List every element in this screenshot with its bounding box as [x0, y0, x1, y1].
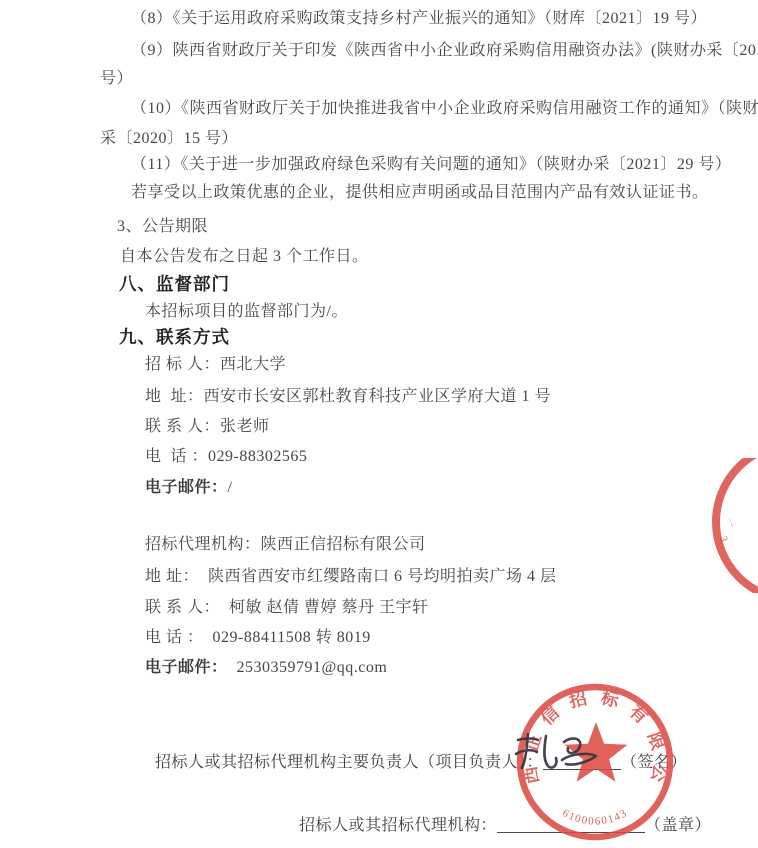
partial-seal-mark1: 3 — [717, 535, 730, 543]
agency-phone-row: 电 话 ：029-88411508 转 8019 — [145, 627, 371, 649]
tenderer-email-label: 电子邮件： — [145, 479, 228, 496]
partial-seal-mark2: 一 — [723, 517, 737, 530]
tenderer-name-value: 西北大学 — [220, 356, 286, 373]
supervision-heading: 八、监督部门 — [119, 271, 230, 296]
tenderer-address-value: 西安市长安区郭杜教育科技产业区学府大道 1 号 — [204, 388, 552, 405]
agency-address-label: 地 址： — [145, 568, 199, 585]
policy-item-9-line1: （9）陕西省财政厅关于印发《陕西省中小企业政府采购信用融资办法》(陕财办采〔20… — [131, 40, 758, 62]
agency-name-row: 招标代理机构：陕西正信招标有限公司 — [145, 534, 426, 556]
policy-item-8: （8）《关于运用政府采购政策支持乡村产业振兴的通知》（财库〔2021〕19 号） — [131, 8, 707, 30]
agency-name-label: 招标代理机构： — [145, 536, 261, 553]
agency-name-value: 陕西正信招标有限公司 — [261, 536, 426, 553]
agency-person-label: 联 系 人： — [145, 599, 220, 616]
tenderer-address-row: 地 址：西安市长安区郭杜教育科技产业区学府大道 1 号 — [145, 386, 551, 408]
supervision-body: 本招标项目的监督部门为/。 — [145, 301, 348, 323]
policy-note: 若享受以上政策优惠的企业，提供相应声明函或品目范围内产品有效认证证书。 — [131, 182, 709, 204]
tenderer-address-label: 地 址： — [145, 388, 204, 405]
agency-email-value: 2530359791@qq.com — [237, 659, 388, 676]
policy-item-10-line1: （10）《陕西省财政厅关于加快推进我省中小企业政府采购信用融资工作的通知》（陕财… — [131, 98, 758, 120]
agency-person-row: 联 系 人：柯敏 赵倩 曹婷 蔡丹 王宇轩 — [145, 597, 429, 619]
tenderer-email-value: / — [228, 479, 233, 496]
agency-email-label: 电子邮件： — [145, 659, 228, 676]
partial-seal-edge: 3 一 — [700, 458, 758, 593]
tenderer-name-row: 招 标 人：西北大学 — [145, 354, 286, 376]
tenderer-person-row: 联 系 人：张老师 — [145, 416, 270, 438]
tenderer-name-label: 招 标 人： — [145, 356, 220, 373]
agency-address-value: 陕西省西安市红缨路南口 6 号均明拍卖广场 4 层 — [208, 568, 557, 585]
tenderer-phone-value: 029-88302565 — [208, 448, 307, 465]
handwritten-signature — [504, 726, 616, 784]
svg-text:6100060143: 6100060143 — [560, 807, 630, 828]
tenderer-phone-label: 电 话 ： — [145, 448, 208, 465]
agency-person-value: 柯敏 赵倩 曹婷 蔡丹 王宇轩 — [229, 599, 429, 616]
contact-heading: 九、联系方式 — [119, 324, 230, 349]
policy-item-11: （11）《关于进一步加强政府绿色采购有关问题的通知》（陕财办采〔2021〕29 … — [131, 154, 731, 176]
principal-signature-label: 招标人或其招标代理机构主要负责人（项目负责人）： — [155, 754, 543, 771]
agency-phone-value: 029-88411508 转 8019 — [213, 629, 371, 646]
agency-phone-label: 电 话 ： — [145, 629, 204, 646]
agency-address-row: 地 址：陕西省西安市红缨路南口 6 号均明拍卖广场 4 层 — [145, 566, 557, 588]
seal-number-text: 6100060143 — [560, 807, 630, 828]
tenderer-phone-row: 电 话 ：029-88302565 — [145, 446, 307, 468]
org-seal-label: 招标人或其招标代理机构： — [299, 817, 497, 834]
tenderer-person-value: 张老师 — [220, 418, 270, 435]
policy-item-10-line2: 采〔2020〕15 号） — [100, 128, 238, 150]
tenderer-person-label: 联 系 人： — [145, 418, 220, 435]
agency-email-row: 电子邮件：2530359791@qq.com — [145, 657, 387, 679]
announcement-period-heading: 3、公告期限 — [117, 216, 208, 238]
tenderer-email-row: 电子邮件：/ — [145, 477, 232, 499]
policy-item-9-line2: 号） — [100, 68, 133, 90]
document-page: （8）《关于运用政府采购政策支持乡村产业振兴的通知》（财库〔2021〕19 号）… — [0, 0, 758, 848]
announcement-period-body: 自本公告发布之日起 3 个工作日。 — [120, 246, 369, 268]
